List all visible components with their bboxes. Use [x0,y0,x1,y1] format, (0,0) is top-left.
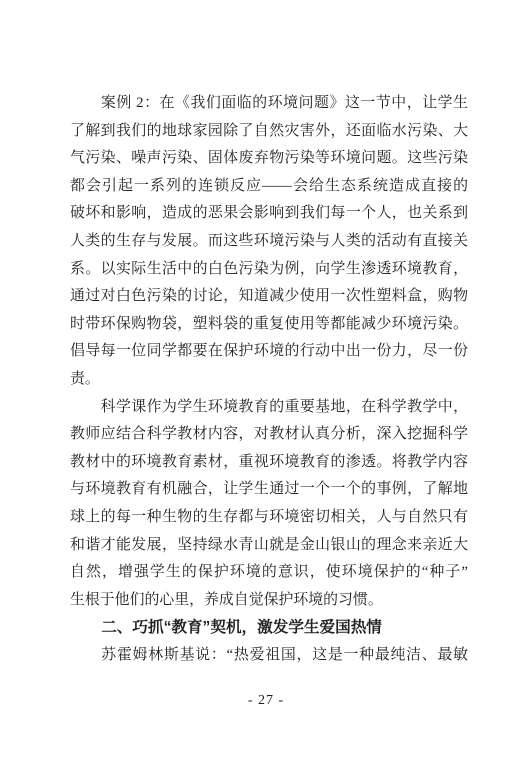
text-line: 通过对白色污染的讨论，知道减少使用一次性塑料盒，购物 [70,283,468,311]
text-line: 系。以实际生活中的白色污染为例，向学生渗透环境教育， [70,256,468,284]
text-line: 了解到我们的地球家园除了自然灾害外，还面临水污染、大 [70,118,468,146]
paragraph: 苏霍姆林斯基说：“热爱祖国，这是一种最纯洁、最敏 [70,642,468,670]
document-page: 案例 2：在《我们面临的环境问题》这一节中，让学生了解到我们的地球家园除了自然灾… [0,0,532,768]
section-heading: 二、巧抓“教育”契机，激发学生爱国热情 [70,614,468,642]
text-line: 自然，增强学生的保护环境的意识，使环境保护的“种子” [70,559,468,587]
text-line: 时带环保购物袋，塑料袋的重复使用等都能减少环境污染。 [70,311,468,339]
text-line: 生根于他们的心里，养成自觉保护环境的习惯。 [70,587,468,615]
paragraph: 案例 2：在《我们面临的环境问题》这一节中，让学生了解到我们的地球家园除了自然灾… [70,90,468,394]
text-line: 二、巧抓“教育”契机，激发学生爱国热情 [70,614,468,642]
text-line: 和谐才能发展，坚持绿水青山就是金山银山的理念来亲近大 [70,532,468,560]
text-line: 苏霍姆林斯基说：“热爱祖国，这是一种最纯洁、最敏 [70,642,468,670]
text-line: 倡导每一位同学都要在保护环境的行动中出一份力，尽一份 [70,338,468,366]
text-line: 案例 2：在《我们面临的环境问题》这一节中，让学生 [70,90,468,118]
page-number: - 27 - [0,692,532,710]
paragraph: 科学课作为学生环境教育的重要基地，在科学教学中，教师应结合科学教材内容，对教材认… [70,394,468,615]
text-line: 科学课作为学生环境教育的重要基地，在科学教学中， [70,394,468,422]
text-line: 气污染、噪声污染、固体废弃物污染等环境问题。这些污染 [70,145,468,173]
document-body: 案例 2：在《我们面临的环境问题》这一节中，让学生了解到我们的地球家园除了自然灾… [70,90,468,669]
text-line: 都会引起一系列的连锁反应——会给生态系统造成直接的 [70,173,468,201]
text-line: 教师应结合科学教材内容，对教材认真分析，深入挖掘科学 [70,421,468,449]
text-line: 球上的每一种生物的生存都与环境密切相关，人与自然只有 [70,504,468,532]
text-line: 人类的生存与发展。而这些环境污染与人类的活动有直接关 [70,228,468,256]
text-line: 责。 [70,366,468,394]
text-line: 破坏和影响，造成的恶果会影响到我们每一个人，也关系到 [70,200,468,228]
text-line: 与环境教育有机融合，让学生通过一个一个的事例，了解地 [70,476,468,504]
text-line: 教材中的环境教育素材，重视环境教育的渗透。将教学内容 [70,449,468,477]
